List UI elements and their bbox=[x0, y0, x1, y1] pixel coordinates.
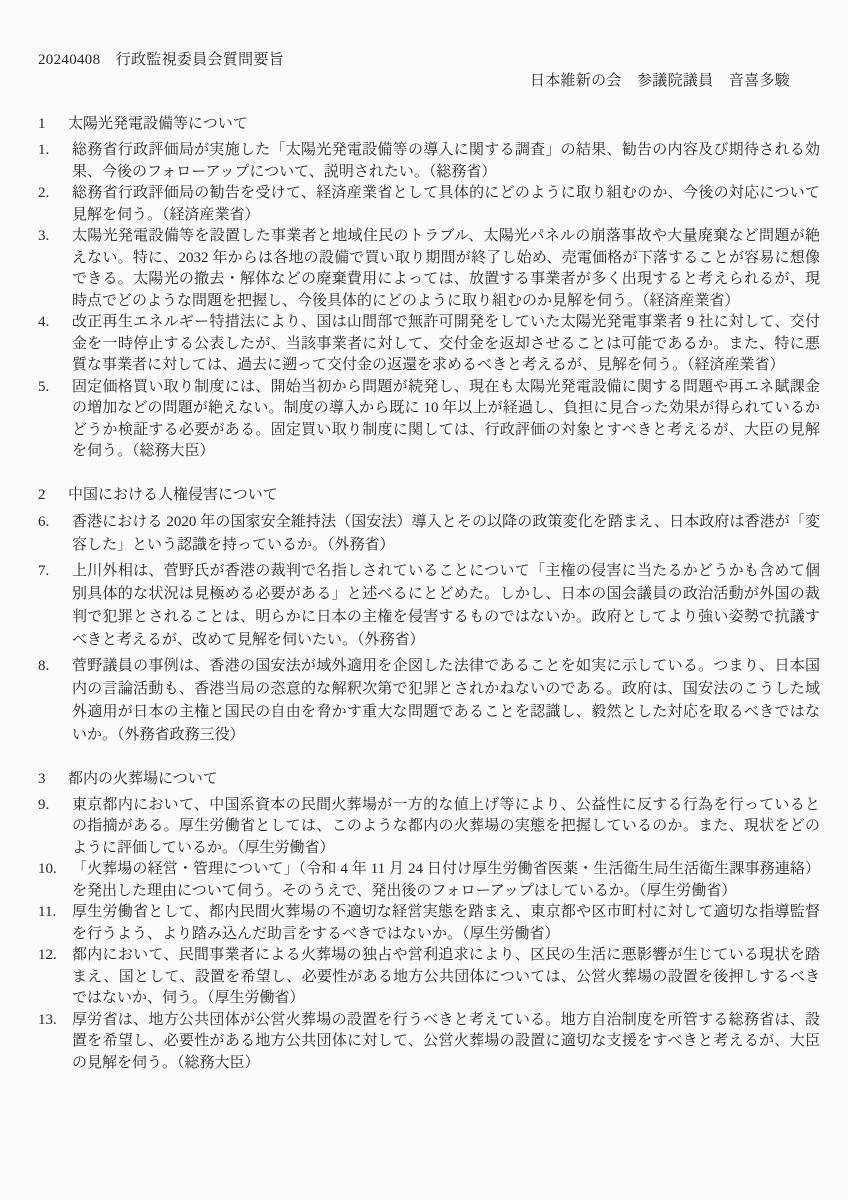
section-number: 1 bbox=[38, 114, 68, 135]
question-number: 1. bbox=[38, 140, 72, 183]
question-item: 6. 香港における 2020 年の国家安全維持法（国安法）導入とその以降の政策変… bbox=[38, 511, 820, 557]
question-text: 「火葬場の経営・管理について」（令和 4 年 11 月 24 日付け厚生労働省医… bbox=[72, 859, 820, 902]
section-title: 都内の火葬場について bbox=[68, 769, 820, 790]
question-text: 改正再生エネルギー特措法により、国は山間部で無許可開発をしていた太陽光発電事業者… bbox=[72, 312, 820, 377]
author-line: 日本維新の会 参議院議員 音喜多駿 bbox=[38, 71, 790, 92]
question-item: 10. 「火葬場の経営・管理について」（令和 4 年 11 月 24 日付け厚生… bbox=[38, 859, 820, 902]
question-item: 5. 固定価格買い取り制度には、開始当初から問題が続発し、現在も太陽光発電設備に… bbox=[38, 377, 820, 463]
question-item: 11. 厚生労働省として、都内民間火葬場の不適切な経営実態を踏まえ、東京都や区市… bbox=[38, 902, 820, 945]
question-text: 厚生労働省として、都内民間火葬場の不適切な経営実態を踏まえ、東京都や区市町村に対… bbox=[72, 902, 820, 945]
question-text: 都内において、民間事業者による火葬場の独占や営利追求により、区民の生活に悪影響が… bbox=[72, 945, 820, 1010]
question-text: 上川外相は、菅野氏が香港の裁判で名指しされていることについて「主権の侵害に当たる… bbox=[72, 560, 820, 652]
section-heading: 3 都内の火葬場について bbox=[38, 769, 820, 790]
question-item: 1. 総務省行政評価局が実施した「太陽光発電設備等の導入に関する調査」の結果、勧… bbox=[38, 140, 820, 183]
question-item: 13. 厚労省は、地方公共団体が公営火葬場の設置を行うべきと考えている。地方自治… bbox=[38, 1010, 820, 1075]
question-item: 2. 総務省行政評価局の勧告を受けて、経済産業省として具体的にどのように取り組む… bbox=[38, 183, 820, 226]
document-title: 20240408 行政監視委員会質問要旨 bbox=[38, 50, 820, 71]
document-page: 20240408 行政監視委員会質問要旨 日本維新の会 参議院議員 音喜多駿 1… bbox=[0, 0, 848, 1074]
question-item: 4. 改正再生エネルギー特措法により、国は山間部で無許可開発をしていた太陽光発電… bbox=[38, 312, 820, 377]
question-number: 5. bbox=[38, 377, 72, 463]
question-number: 11. bbox=[38, 902, 72, 945]
question-number: 6. bbox=[38, 511, 72, 557]
question-text: 太陽光発電設備等を設置した事業者と地域住民のトラブル、太陽光パネルの崩落事故や大… bbox=[72, 226, 820, 312]
question-number: 12. bbox=[38, 945, 72, 1010]
section-solar-power: 1 太陽光発電設備等について 1. 総務省行政評価局が実施した「太陽光発電設備等… bbox=[38, 114, 820, 463]
section-heading: 1 太陽光発電設備等について bbox=[38, 114, 820, 135]
section-title: 中国における人権侵害について bbox=[68, 485, 820, 506]
section-number: 2 bbox=[38, 485, 68, 506]
section-heading: 2 中国における人権侵害について bbox=[38, 485, 820, 506]
question-text: 総務省行政評価局が実施した「太陽光発電設備等の導入に関する調査」の結果、勧告の内… bbox=[72, 140, 820, 183]
section-title: 太陽光発電設備等について bbox=[68, 114, 820, 135]
question-text: 東京都内において、中国系資本の民間火葬場が一方的な値上げ等により、公益性に反する… bbox=[72, 795, 820, 860]
question-text: 香港における 2020 年の国家安全維持法（国安法）導入とその以降の政策変化を踏… bbox=[72, 511, 820, 557]
question-text: 固定価格買い取り制度には、開始当初から問題が続発し、現在も太陽光発電設備に関する… bbox=[72, 377, 820, 463]
section-china-human-rights: 2 中国における人権侵害について 6. 香港における 2020 年の国家安全維持… bbox=[38, 485, 820, 747]
question-number: 2. bbox=[38, 183, 72, 226]
question-number: 4. bbox=[38, 312, 72, 377]
question-item: 3. 太陽光発電設備等を設置した事業者と地域住民のトラブル、太陽光パネルの崩落事… bbox=[38, 226, 820, 312]
section-tokyo-crematoriums: 3 都内の火葬場について 9. 東京都内において、中国系資本の民間火葬場が一方的… bbox=[38, 769, 820, 1075]
question-text: 総務省行政評価局の勧告を受けて、経済産業省として具体的にどのように取り組むのか、… bbox=[72, 183, 820, 226]
question-item: 8. 菅野議員の事例は、香港の国安法が域外適用を企図した法律であることを如実に示… bbox=[38, 655, 820, 747]
question-item: 12. 都内において、民間事業者による火葬場の独占や営利追求により、区民の生活に… bbox=[38, 945, 820, 1010]
question-number: 7. bbox=[38, 560, 72, 652]
question-number: 3. bbox=[38, 226, 72, 312]
section-number: 3 bbox=[38, 769, 68, 790]
question-text: 菅野議員の事例は、香港の国安法が域外適用を企図した法律であることを如実に示してい… bbox=[72, 655, 820, 747]
question-number: 13. bbox=[38, 1010, 72, 1075]
question-number: 9. bbox=[38, 795, 72, 860]
question-number: 8. bbox=[38, 655, 72, 747]
question-text: 厚労省は、地方公共団体が公営火葬場の設置を行うべきと考えている。地方自治制度を所… bbox=[72, 1010, 820, 1075]
question-item: 9. 東京都内において、中国系資本の民間火葬場が一方的な値上げ等により、公益性に… bbox=[38, 795, 820, 860]
question-item: 7. 上川外相は、菅野氏が香港の裁判で名指しされていることについて「主権の侵害に… bbox=[38, 560, 820, 652]
question-number: 10. bbox=[38, 859, 72, 902]
